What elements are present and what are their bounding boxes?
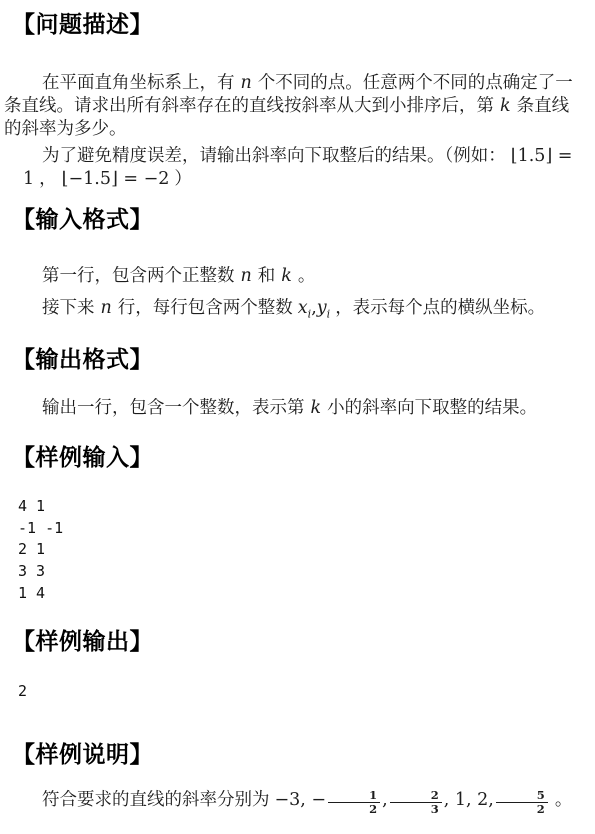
text-run: 输出一行，包含一个整数，表示第	[42, 397, 305, 417]
math-coords-xi-yi: xi,yi	[298, 298, 330, 318]
text-run: 为了避免精度误差，请输出斜率向下取整后的结果。（例如：	[42, 145, 506, 165]
fraction-numerator: 2	[390, 789, 442, 802]
text-run: 。	[555, 789, 573, 809]
sample-input-line: 3 3	[18, 561, 63, 583]
sample-output-line: 2	[18, 681, 27, 703]
text-run: 接下来	[42, 297, 95, 317]
math-var-k: k	[500, 96, 511, 116]
problem-paragraph-2: 为了避免精度误差，请输出斜率向下取整后的结果。（例如：⌊1.5⌋ = 1，⌊−1…	[4, 144, 582, 190]
sample-input-line: -1 -1	[18, 518, 63, 540]
fraction-denominator: 3	[390, 802, 442, 816]
sample-input-line: 4 1	[18, 496, 63, 518]
floor-result: 1	[23, 169, 34, 189]
sample-output-block: 2	[18, 681, 27, 703]
input-format-paragraph-1: 第一行，包含两个正整数n和k。	[4, 264, 582, 287]
section-heading-sample-output: 【样例输出】	[12, 628, 153, 654]
fraction-five-halves: 52	[496, 789, 548, 815]
sample-input-block: 4 1 -1 -1 2 1 3 3 1 4	[18, 496, 63, 605]
text-run: 和	[258, 265, 276, 285]
fraction-two-thirds: 23	[390, 789, 442, 815]
text-run: 。	[298, 265, 316, 285]
math-var-k: k	[311, 398, 322, 418]
precision-note-line-2: 1，⌊−1.5⌋ = −2）	[4, 167, 582, 190]
math-var-x: x	[298, 298, 308, 318]
text-run: 行，每行包含两个整数	[118, 297, 293, 317]
text-run: ，	[39, 168, 57, 188]
fraction-numerator: 5	[496, 789, 548, 802]
section-heading-sample-input: 【样例输入】	[12, 444, 153, 470]
precision-note-line-1: 为了避免精度误差，请输出斜率向下取整后的结果。（例如：⌊1.5⌋ =	[4, 144, 582, 167]
text-run: 第一行，包含两个正整数	[42, 265, 235, 285]
output-format-paragraph-1: 输出一行，包含一个整数，表示第k小的斜率向下取整的结果。	[4, 396, 582, 419]
section-heading-sample-explanation: 【样例说明】	[12, 741, 153, 767]
fraction-denominator: 2	[328, 802, 380, 816]
floor-expression: ⌊−1.5⌋ = −2	[62, 169, 170, 189]
text-run: 在平面直角坐标系上，有	[42, 72, 235, 92]
math-var-y: y	[317, 298, 327, 318]
math-run: , 1, 2,	[444, 790, 494, 810]
text-run: ）	[174, 168, 192, 188]
section-heading-input-format: 【输入格式】	[12, 206, 153, 232]
problem-statement-document: 【问题描述】 在平面直角坐标系上，有n个不同的点。任意两个不同的点确定了一条直线…	[0, 0, 595, 834]
math-var-n: n	[241, 73, 252, 93]
text-run: 小的斜率向下取整的结果。	[327, 397, 537, 417]
math-var-k: k	[281, 266, 292, 286]
section-heading-problem-description: 【问题描述】	[12, 11, 153, 37]
slope-list: −3, −12,23, 1, 2,52	[275, 790, 550, 810]
sample-input-line: 1 4	[18, 583, 63, 605]
math-run: ,	[382, 790, 388, 810]
fraction-one-half: 12	[328, 789, 380, 815]
text-run: 符合要求的直线的斜率分别为	[42, 789, 270, 809]
math-var-n: n	[101, 298, 112, 318]
fraction-denominator: 2	[496, 802, 548, 816]
input-format-paragraph-2: 接下来n行，每行包含两个整数xi,yi，表示每个点的横纵坐标。	[4, 296, 582, 326]
sample-input-line: 2 1	[18, 539, 63, 561]
section-heading-output-format: 【输出格式】	[12, 346, 153, 372]
math-subscript-i: i	[327, 308, 331, 321]
math-run: −3, −	[275, 790, 327, 810]
problem-paragraph-1: 在平面直角坐标系上，有n个不同的点。任意两个不同的点确定了一条直线。请求出所有斜…	[4, 71, 582, 139]
floor-expression: ⌊1.5⌋ =	[511, 146, 573, 166]
math-var-n: n	[241, 266, 252, 286]
fraction-numerator: 1	[328, 789, 380, 802]
text-run: ，表示每个点的横纵坐标。	[335, 297, 545, 317]
sample-explanation-paragraph: 符合要求的直线的斜率分别为−3, −12,23, 1, 2,52。	[4, 784, 582, 816]
